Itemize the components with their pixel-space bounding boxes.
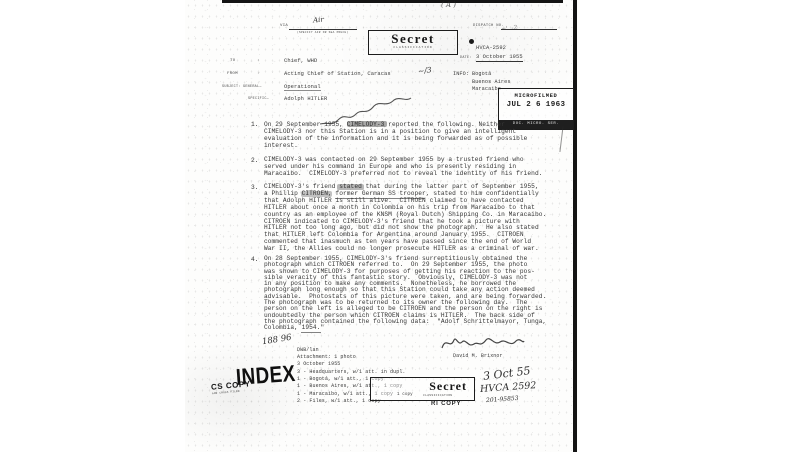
classification-word-bottom: Secret [429, 379, 467, 394]
dispatch-no-label: DISPATCH NO. [473, 24, 504, 28]
via-underline [289, 29, 357, 30]
signature-scrawl [438, 332, 526, 354]
classification-caption-bottom: CLASSIFICATION [423, 394, 452, 397]
from-value: Acting Chief of Station, Caracas [284, 71, 391, 77]
subject-general-value: Operational [284, 84, 321, 91]
classification-caption: CLASSIFICATION [369, 46, 457, 49]
origin-initials: DWB/lan [297, 347, 319, 353]
classification-box-bottom: Secret 1 copy CLASSIFICATION [370, 377, 475, 401]
paragraph-2-text: CIMELODY-3 was contacted on 29 September… [264, 157, 542, 178]
paragraph-4-number: 4. [251, 256, 264, 332]
copies-count: 1 copy [397, 393, 413, 397]
paragraph-2-number: 2. [251, 157, 264, 178]
pencil-annotation: ~' -2 [501, 24, 518, 33]
microfilmed-date: JUL 2 6 1963 [499, 101, 573, 109]
handwritten-annotation-top: ( A ) [441, 1, 456, 9]
paragraph-3: 3. CIMELODY-3's friend stated that durin… [251, 184, 563, 253]
footer-date: 3 October 1955 [297, 361, 340, 367]
pencil-underline-ss-trooper [335, 198, 425, 199]
to-label: TO [230, 59, 235, 63]
pencil-smear-cryptonym-1 [347, 121, 387, 127]
screenshot-canvas: VIA Air (SPECIFY AIR OR SEA POUCH) DISPA… [0, 0, 800, 452]
doc-number: HVCA-2592 [476, 45, 506, 51]
attachment-line: Attachment: 1 photo [297, 354, 356, 360]
from-handwritten-annotation: ~/3 [417, 65, 432, 76]
signer-typed-name: David M. Brixnor [453, 353, 503, 359]
handwritten-page-note: 188 96 [261, 333, 292, 348]
via-handwritten-value: Air [313, 16, 324, 25]
classification-stamp-box: Secret CLASSIFICATION [368, 30, 458, 55]
pencil-underline-year [301, 332, 321, 333]
from-separator: : [257, 72, 260, 76]
to-separator: : [257, 59, 260, 63]
subject-general-label: SUBJECT: GENERAL— [222, 85, 262, 89]
pencil-smear-cryptonym-2 [337, 184, 364, 190]
scan-edge-top [222, 0, 563, 3]
handwritten-file-number: 201-95853 [486, 395, 519, 404]
ri-copy-stamp: RI COPY [431, 401, 461, 407]
scan-edge-right [573, 0, 577, 452]
paragraph-1-text: On 29 September 1955, CIMELODY-3 reporte… [264, 121, 527, 149]
date-value: 3 October 1955 [476, 54, 523, 62]
microfilmed-label: MICROFILMED [499, 92, 573, 99]
info-label: INFO: [453, 71, 469, 77]
from-label: FROM [227, 72, 238, 76]
date-label: DATE: [460, 56, 472, 60]
ink-blot [469, 39, 474, 44]
via-note: (SPECIFY AIR OR SEA POUCH) [297, 31, 348, 34]
paragraph-4: 4. On 28 September 1955, CIMELODY-3's fr… [251, 256, 563, 332]
paragraph-2: 2. CIMELODY-3 was contacted on 29 Septem… [251, 157, 561, 178]
paragraph-1-number: 1. [251, 121, 264, 149]
paragraph-3-number: 3. [251, 184, 264, 253]
to-value: Chief, WHD [284, 58, 317, 64]
via-label: VIA [280, 24, 288, 28]
paragraph-4-text: On 28 September 1955, CIMELODY-3's frien… [264, 256, 546, 332]
classification-word: Secret [369, 32, 457, 46]
paragraph-1: 1. On 29 September 1955, CIMELODY-3 repo… [251, 121, 561, 149]
pencil-smear-name [301, 191, 332, 197]
document-page: VIA Air (SPECIFY AIR OR SEA POUCH) DISPA… [185, 0, 578, 452]
subject-specific-label: SPECIFIC— [248, 97, 269, 101]
